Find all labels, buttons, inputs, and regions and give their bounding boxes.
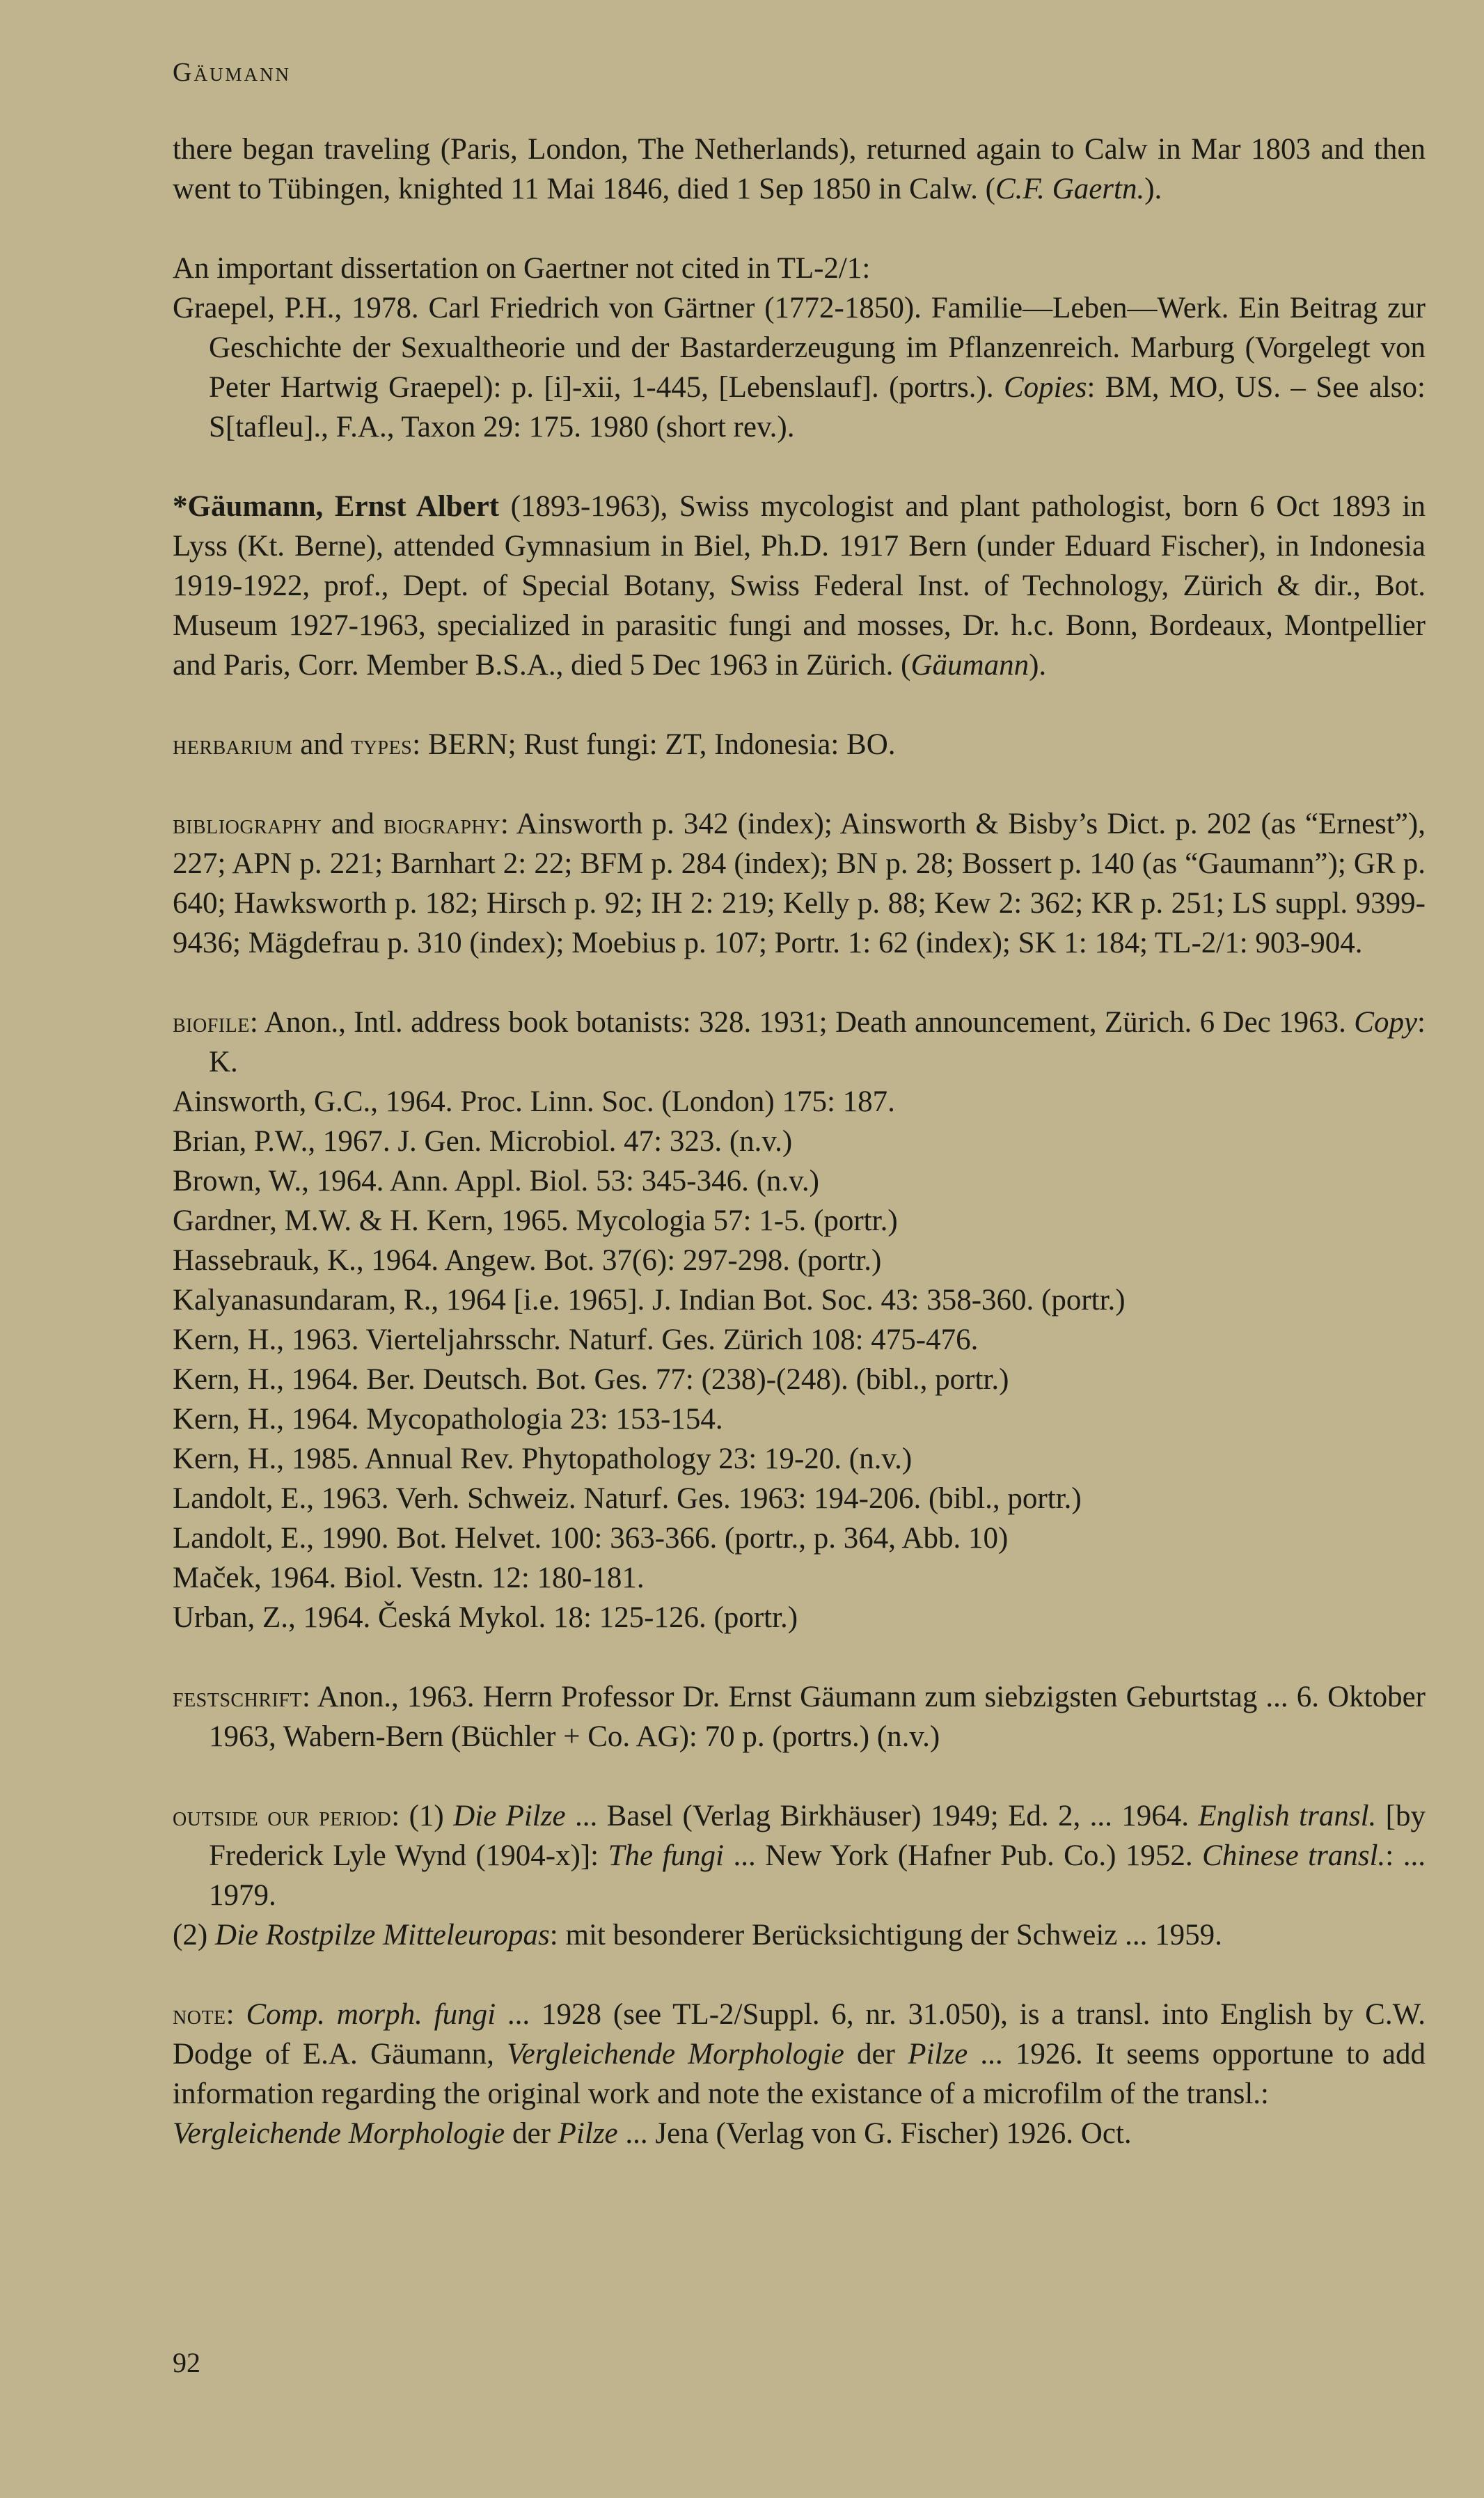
section-label-types: Types — [351, 729, 412, 760]
festschrift-text: : Anon., 1963. Herrn Professor Dr. Ernst… — [209, 1681, 1426, 1753]
entry-star: * — [173, 490, 188, 523]
copies-label: Copies — [1004, 371, 1087, 404]
bibliography-section: Bibliography and Biography: Ainsworth p.… — [173, 804, 1426, 963]
running-head: Gäumann — [173, 56, 1426, 89]
reference-item: Kern, H., 1964. Ber. Deutsch. Bot. Ges. … — [173, 1360, 1426, 1399]
connector: and — [322, 808, 384, 840]
page-number: 92 — [173, 2346, 200, 2379]
reference-item: Kern, H., 1985. Annual Rev. Phytopatholo… — [173, 1439, 1426, 1479]
reference-item: Landolt, E., 1963. Verh. Schweiz. Naturf… — [173, 1479, 1426, 1518]
translation-label: Chinese transl. — [1202, 1839, 1385, 1872]
section-label-outside-period: Outside our period — [173, 1800, 391, 1832]
continuation-paragraph: there began traveling (Paris, London, Th… — [173, 129, 1426, 209]
entry-name: Gäumann, Ernst Albert — [188, 490, 500, 523]
reference-item: Brian, P.W., 1967. J. Gen. Microbiol. 47… — [173, 1122, 1426, 1161]
punctuation: ). — [1029, 649, 1046, 682]
section-label-festschrift: Festschrift — [173, 1681, 302, 1713]
text-run: ... New York (Hafner Pub. Co.) 1952. — [724, 1839, 1202, 1872]
outside-period-item-2: (2) Die Rostpilze Mitteleuropas: mit bes… — [173, 1915, 1426, 1955]
book-title: Comp. morph. fungi — [246, 1998, 496, 2031]
book-title: Pilze — [908, 2038, 968, 2071]
section-label-bibliography: Bibliography — [173, 808, 322, 840]
text-run: (2) — [173, 1919, 215, 1951]
book-title: The fungi — [608, 1839, 724, 1872]
reference-item: Landolt, E., 1990. Bot. Helvet. 100: 363… — [173, 1518, 1426, 1558]
copy-label: Copy — [1354, 1006, 1417, 1039]
translation-label: English transl. — [1198, 1800, 1376, 1832]
author-abbreviation: C.F. Gaertn. — [995, 173, 1144, 205]
herbarium-section: Herbarium and Types: BERN; Rust fungi: Z… — [173, 725, 1426, 764]
reference-item: Kern, H., 1963. Vierteljahrsschr. Naturf… — [173, 1320, 1426, 1360]
book-title: Pilze — [558, 2117, 618, 2150]
section-label-note: Note — [173, 1999, 226, 2030]
book-title: Vergleichende Morphologie — [173, 2117, 505, 2150]
section-label-biofile: Biofile — [173, 1007, 250, 1038]
biography-entry: *Gäumann, Ernst Albert (1893-1963), Swis… — [173, 487, 1426, 685]
dissertation-citation: Graepel, P.H., 1978. Carl Friedrich von … — [173, 288, 1426, 447]
book-title: Vergleichende Morphologie — [507, 2038, 844, 2071]
section-label-biography: Biography — [384, 808, 500, 840]
reference-item: Ainsworth, G.C., 1964. Proc. Linn. Soc. … — [173, 1082, 1426, 1122]
book-title: Die Pilze — [453, 1800, 565, 1832]
connector: and — [293, 728, 352, 761]
reference-item: Gardner, M.W. & H. Kern, 1965. Mycologia… — [173, 1201, 1426, 1241]
continuation-text: there began traveling (Paris, London, Th… — [173, 133, 1426, 205]
reference-item: Maček, 1964. Biol. Vestn. 12: 180-181. — [173, 1558, 1426, 1598]
dissertation-intro: An important dissertation on Gaertner no… — [173, 249, 1426, 288]
note-original-work: Vergleichende Morphologie der Pilze ... … — [173, 2114, 1426, 2153]
text-run: : (1) — [391, 1800, 453, 1832]
book-title: Die Rostpilze Mitteleuropas — [215, 1919, 550, 1951]
outside-period-section: Outside our period: (1) Die Pilze ... Ba… — [173, 1796, 1426, 1915]
text-run: ... Jena (Verlag von G. Fischer) 1926. O… — [618, 2117, 1132, 2150]
reference-item: Kern, H., 1964. Mycopathologia 23: 153-1… — [173, 1399, 1426, 1439]
text-run: der — [844, 2038, 908, 2071]
author-abbreviation: Gäumann — [911, 649, 1029, 682]
biofile-reference-list: Ainsworth, G.C., 1964. Proc. Linn. Soc. … — [173, 1082, 1426, 1637]
reference-item: Urban, Z., 1964. Česká Mykol. 18: 125-12… — [173, 1598, 1426, 1637]
document-page: Gäumann there began traveling (Paris, Lo… — [173, 56, 1426, 2153]
herbarium-text: : BERN; Rust fungi: ZT, Indonesia: BO. — [412, 728, 895, 761]
text-run: : mit besonderer Berücksichtigung der Sc… — [550, 1919, 1222, 1951]
biofile-section: Biofile: Anon., Intl. address book botan… — [173, 1003, 1426, 1082]
text-run: : — [226, 1998, 246, 2031]
punctuation: ). — [1144, 173, 1162, 205]
section-label-herbarium: Herbarium — [173, 729, 293, 760]
text-run: ... Basel (Verlag Birkhäuser) 1949; Ed. … — [566, 1800, 1199, 1832]
note-section: Note: Comp. morph. fungi ... 1928 (see T… — [173, 1995, 1426, 2114]
reference-item: Kalyanasundaram, R., 1964 [i.e. 1965]. J… — [173, 1280, 1426, 1320]
reference-item: Hassebrauk, K., 1964. Angew. Bot. 37(6):… — [173, 1241, 1426, 1280]
reference-item: Brown, W., 1964. Ann. Appl. Biol. 53: 34… — [173, 1161, 1426, 1201]
festschrift-section: Festschrift: Anon., 1963. Herrn Professo… — [173, 1677, 1426, 1757]
text-run: der — [505, 2117, 558, 2150]
biofile-text: : Anon., Intl. address book botanists: 3… — [250, 1006, 1354, 1039]
